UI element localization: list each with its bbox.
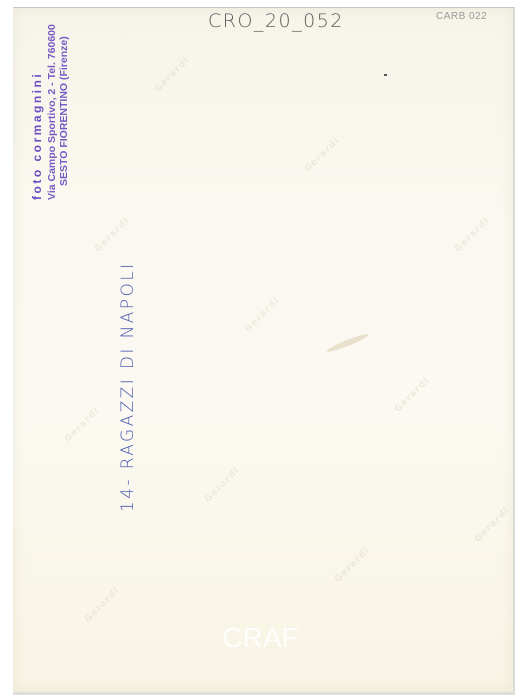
secondary-code: CARB 022 bbox=[436, 11, 487, 22]
craf-watermark: CRAF bbox=[0, 622, 521, 654]
stamp-city: SESTO FIORENTINO (Firenze) bbox=[58, 10, 70, 186]
photographer-stamp: foto cormagnini Via Campo Sportivo, 2 - … bbox=[30, 10, 70, 200]
handwritten-caption: 14- RAGAZZI DI NAPOLI bbox=[118, 261, 138, 512]
pencil-mark bbox=[384, 74, 387, 76]
stamp-studio-name: foto cormagnini bbox=[30, 10, 44, 200]
archive-code: CRO_20_052 bbox=[208, 10, 344, 32]
stamp-address: Via Campo Sportivo, 2 - Tel. 760600 bbox=[46, 10, 58, 200]
photo-back-paper bbox=[13, 7, 515, 695]
